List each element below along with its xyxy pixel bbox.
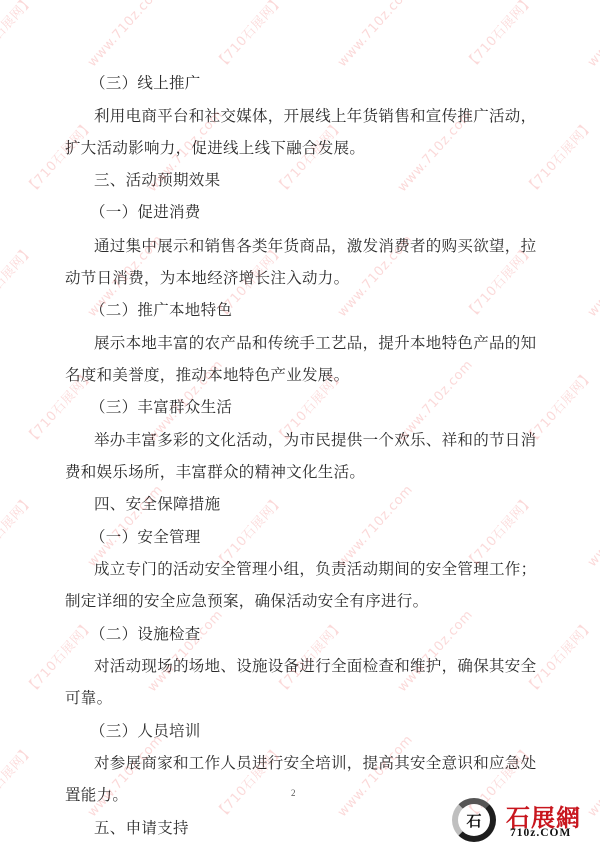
text-line: （一）安全管理 [90, 527, 201, 547]
text-line: （三）丰富群众生活 [90, 397, 232, 417]
watermark-text: www.710z.com [395, 607, 476, 695]
text-line: 置能力。 [65, 785, 128, 805]
logo-url: 710z.COM [510, 827, 571, 839]
watermark-text: 【710石展网】 [0, 0, 37, 73]
watermark-text: www.710z.com [585, 232, 600, 320]
watermark-text: 【710石展网】 [0, 740, 37, 822]
watermark-text: www.710z.com [145, 607, 226, 695]
text-line: 可靠。 [65, 688, 112, 708]
text-line: 扩大活动影响力，促进线上线下融合发展。 [65, 138, 365, 158]
logo-emblem-icon: 石 [452, 798, 496, 842]
text-line: （三）人员培训 [90, 721, 201, 741]
text-line: 举办丰富多彩的文化活动，为市民提供一个欢乐、祥和的节日消 [94, 430, 536, 450]
watermark-text: www.710z.com [335, 732, 416, 820]
watermark-text: 【710石展网】 [520, 115, 597, 197]
text-line: 动节日消费，为本地经济增长注入动力。 [65, 268, 349, 288]
text-line: 对参展商家和工作人员进行安全培训，提高其安全意识和应急处 [94, 753, 536, 773]
site-logo: 石 石展網 710z.COM [448, 796, 600, 846]
text-line: （一）促进消费 [90, 202, 201, 222]
text-line: 成立专门的活动安全管理小组，负责活动期间的安全管理工作； [94, 559, 536, 579]
text-line: 展示本地丰富的农产品和传统手工艺品，提升本地特色产品的知 [94, 333, 536, 353]
text-line: 五、申请支持 [94, 818, 189, 838]
text-line: 通过集中展示和销售各类年货商品，激发消费者的购买欲望，拉 [94, 236, 536, 256]
watermark-text: www.710z.com [335, 482, 416, 570]
text-line: （二）设施检查 [90, 624, 201, 644]
text-line: 费和娱乐场所，丰富群众的精神文化生活。 [65, 462, 365, 482]
watermark-text: 【710石展网】 [20, 615, 97, 697]
text-line: 制定详细的安全应急预案，确保活动安全有序进行。 [65, 591, 428, 611]
watermark-text: www.710z.com [585, 482, 600, 570]
document-page: （三）线上推广利用电商平台和社交媒体，开展线上年货销售和宣传推广活动，扩大活动影… [0, 0, 600, 848]
text-line: （二）推广本地特色 [90, 300, 232, 320]
watermark-text: www.710z.com [85, 0, 166, 70]
text-line: 名度和美誉度，推动本地特色产业发展。 [65, 365, 349, 385]
text-line: 四、安全保障措施 [94, 494, 220, 514]
text-line: 对活动现场的场地、设施设备进行全面检查和维护，确保其安全 [94, 656, 536, 676]
text-line: 三、活动预期效果 [94, 170, 220, 190]
watermark-text: 【710石展网】 [210, 0, 287, 73]
watermark-text: www.710z.com [585, 0, 600, 70]
text-line: 利用电商平台和社交媒体，开展线上年货销售和宣传推广活动， [94, 106, 536, 126]
watermark-text: www.710z.com [335, 0, 416, 70]
page-number: 2 [291, 788, 296, 798]
logo-glyph: 石 [466, 810, 481, 831]
text-line: （三）线上推广 [90, 73, 201, 93]
watermark-text: www.710z.com [85, 732, 166, 820]
watermark-text: 【710石展网】 [460, 0, 537, 73]
watermark-text: 【710石展网】 [0, 240, 37, 322]
watermark-text: 【710石展网】 [0, 490, 37, 572]
